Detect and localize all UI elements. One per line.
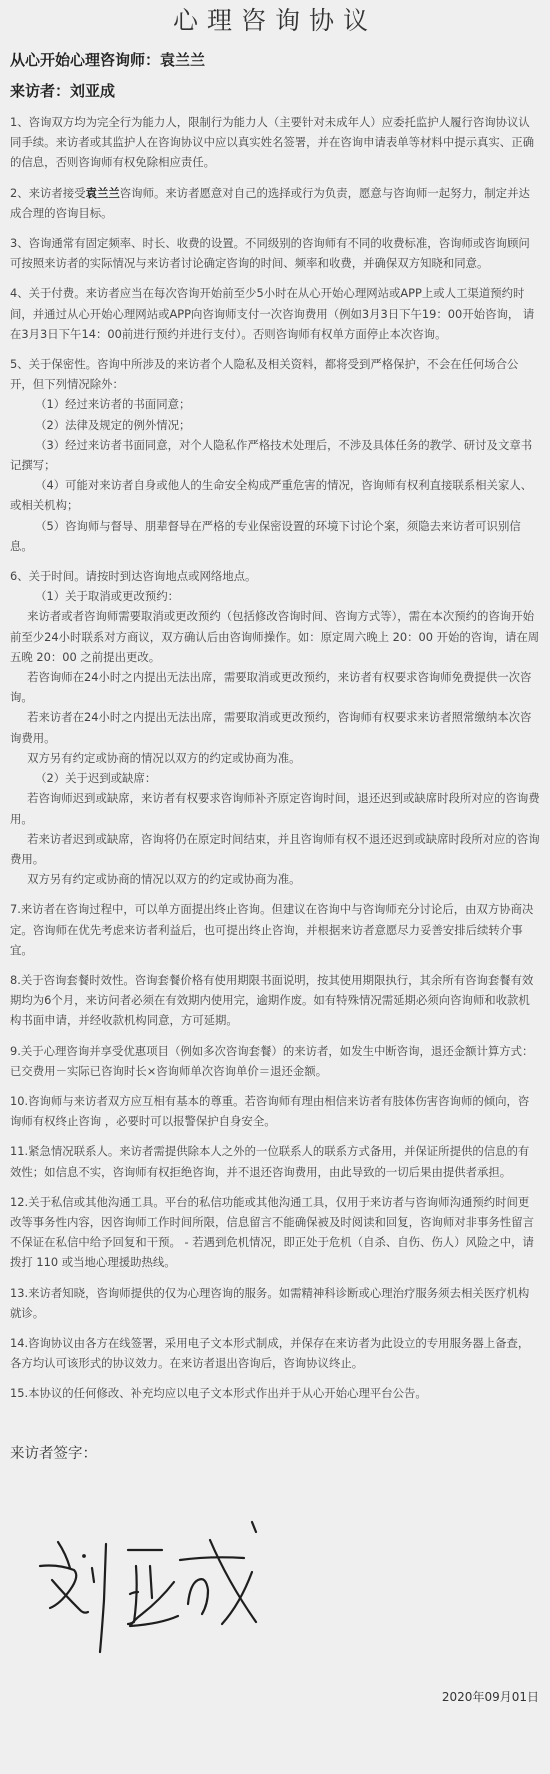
visitor-name: 刘亚成: [70, 82, 115, 100]
visitor-line: 来访者：刘亚成: [10, 81, 115, 101]
clause-5-item: （5）咨询师与督导、朋辈督导在严格的专业保密设置的环境下讨论个案，须隐去来访者可…: [10, 516, 540, 556]
clause-11: 11.紧急情况联系人。来访者需提供除本人之外的一位联系人的联系方式备用，并保证所…: [10, 1141, 540, 1181]
clause-5-item: （2）法律及规定的例外情况；: [10, 415, 540, 435]
clause-6-sub2-para: 若咨询师迟到或缺席，来访者有权要求咨询师补齐原定咨询时间，退还迟到或缺席时段所对…: [10, 788, 540, 828]
signature-label: 来访者签字：: [10, 1443, 97, 1465]
clause-8: 8.关于咨询套餐时效性。咨询套餐价格有使用期限书面说明，按其使用期限执行，其余所…: [10, 970, 540, 1031]
clause-6-intro: 6、关于时间。请按时到达咨询地点或网络地点。: [10, 566, 540, 586]
consultation-agreement-document: 心理咨询协议 从心开始心理咨询师：袁兰兰 来访者：刘亚成 1、咨询双方均为完全行…: [0, 0, 550, 1774]
clause-6-sub1-para: 若咨询师在24小时之内提出无法出席，需要取消或更改预约，来访者有权要求咨询师免费…: [10, 667, 540, 707]
clause-6-sub1-title: （1）关于取消或更改预约：: [10, 586, 540, 606]
clause-14: 14.咨询协议由各方在线签署，采用电子文本形式制成，并保存在来访者为此设立的专用…: [10, 1333, 540, 1373]
document-title: 心理咨询协议: [0, 3, 550, 39]
counselor-label: 从心开始心理咨询师：: [10, 51, 160, 69]
clause-6-sub2-title: （2）关于迟到或缺席：: [10, 768, 540, 788]
clause-2-prefix: 2、来访者接受: [10, 186, 86, 200]
clause-10: 10.咨询师与来访者双方应互相有基本的尊重。若咨询师有理由相信来访者有肢体伤害咨…: [10, 1091, 540, 1131]
clause-6-sub1-para: 来访者或者咨询师需要取消或更改预约（包括修改咨询时间、咨询方式等），需在本次预约…: [10, 606, 540, 667]
clause-9: 9.关于心理咨询并享受优惠项目（例如多次咨询套餐）的来访者，如发生中断咨询，退还…: [10, 1041, 540, 1081]
clause-5-item: （1）经过来访者的书面同意；: [10, 394, 540, 414]
clause-5-item: （3）经过来访者书面同意，对个人隐私作严格技术处理后，不涉及具体任务的教学、研讨…: [10, 435, 540, 475]
clause-6-sub2-para: 双方另有约定或协商的情况以双方的约定或协商为准。: [10, 869, 540, 889]
counselor-name: 袁兰兰: [160, 51, 205, 69]
clause-13: 13.来访者知晓，咨询师提供的仅为心理咨询的服务。如需精神科诊断或心理治疗服务须…: [10, 1283, 540, 1323]
clause-5-intro: 5、关于保密性。咨询中所涉及的来访者个人隐私及相关资料，都将受到严格保护，不会在…: [10, 354, 540, 394]
clause-4: 4、关于付费。来访者应当在每次咨询开始前至少5小时在从心开始心理网站或APP上或…: [10, 283, 540, 344]
clause-6-sub2-para: 若来访者迟到或缺席，咨询将仍在原定时间结束，并且咨询师有权不退还迟到或缺席时段所…: [10, 829, 540, 869]
handwritten-signature: [30, 1520, 270, 1680]
agreement-body: 1、咨询双方均为完全行为能力人，限制行为能力人（主要针对未成年人）应委托监护人履…: [10, 112, 540, 1414]
clause-6-sub1-para: 若来访者在24小时之内提出无法出席，需要取消或更改预约，咨询师有权要求来访者照常…: [10, 707, 540, 747]
signature-date: 2020年09月01日: [442, 1688, 539, 1706]
clause-15: 15.本协议的任何修改、补充均应以电子文本形式作出并于从心开始心理平台公告。: [10, 1383, 540, 1403]
clause-6: 6、关于时间。请按时到达咨询地点或网络地点。 （1）关于取消或更改预约： 来访者…: [10, 566, 540, 889]
clause-6-sub1-para: 双方另有约定或协商的情况以双方的约定或协商为准。: [10, 748, 540, 768]
clause-2-counselor-name: 袁兰兰: [86, 186, 120, 200]
visitor-label: 来访者：: [10, 82, 70, 100]
clause-1: 1、咨询双方均为完全行为能力人，限制行为能力人（主要针对未成年人）应委托监护人履…: [10, 112, 540, 173]
clause-5-item: （4）可能对来访者自身或他人的生命安全构成严重危害的情况，咨询师有权利直接联系相…: [10, 475, 540, 515]
clause-3: 3、咨询通常有固定频率、时长、收费的设置。不同级别的咨询师有不同的收费标准，咨询…: [10, 233, 540, 273]
clause-7: 7.来访者在咨询过程中，可以单方面提出终止咨询。但建议在咨询中与咨询师充分讨论后…: [10, 899, 540, 960]
clause-12: 12.关于私信或其他沟通工具。平台的私信功能或其他沟通工具，仅用于来访者与咨询师…: [10, 1192, 540, 1273]
counselor-line: 从心开始心理咨询师：袁兰兰: [10, 50, 205, 70]
clause-2: 2、来访者接受袁兰兰咨询师。来访者愿意对自己的选择或行为负责，愿意与咨询师一起努…: [10, 183, 540, 223]
clause-5: 5、关于保密性。咨询中所涉及的来访者个人隐私及相关资料，都将受到严格保护，不会在…: [10, 354, 540, 556]
